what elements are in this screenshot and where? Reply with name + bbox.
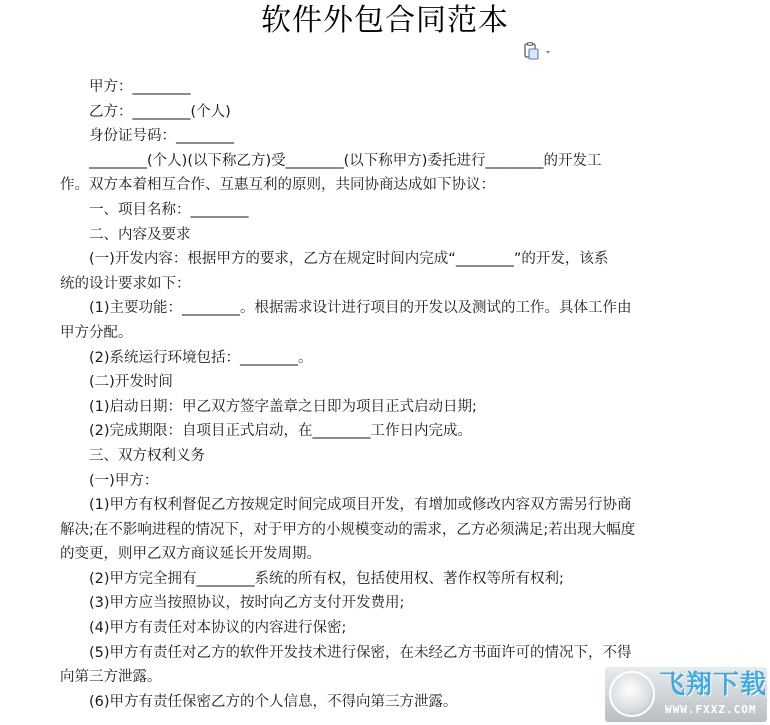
document-line: (4)甲方有责任对本协议的内容进行保密; [60, 616, 726, 641]
watermark-logo: 飞翔下载 WWW.FXXZ.COM [605, 667, 767, 722]
document-line: 一、项目名称：________ [60, 198, 726, 223]
document-line: 二、内容及要求 [60, 223, 726, 248]
document-line: (1)甲方有权利督促乙方按规定时间完成项目开发，有增加或修改内容双方需另行协商 [60, 493, 726, 518]
contract-body: 甲方：________乙方：________(个人)身份证号码：________… [60, 75, 726, 714]
document-line: (5)甲方有责任对乙方的软件开发技术进行保密，在未经乙方书面许可的情况下，不得 [60, 641, 726, 666]
document-line: 身份证号码：________ [60, 124, 726, 149]
logo-swirl-icon [609, 671, 655, 717]
document-line: (二)开发时间 [60, 370, 726, 395]
document-line: 解决;在不影响进程的情况下，对于甲方的小规模变动的需求，乙方必须满足;若出现大幅… [60, 518, 726, 543]
document-line: (1)启动日期：甲乙双方签字盖章之日即为项目正式启动日期; [60, 395, 726, 420]
document-line: (一)开发内容：根据甲方的要求，乙方在规定时间内完成“________”的开发，… [60, 247, 726, 272]
document-line: (2)甲方完全拥有________系统的所有权，包括使用权、著作权等所有权利; [60, 567, 726, 592]
document-line: 甲方分配。 [60, 321, 726, 346]
document-line: 甲方：________ [60, 75, 726, 100]
document-line: (2)系统运行环境包括：________。 [60, 346, 726, 371]
document-title: 软件外包合同范本 [0, 2, 770, 40]
document-line: (3)甲方应当按照协议，按时向乙方支付开发费用; [60, 591, 726, 616]
watermark-url: WWW.FXXZ.COM [665, 703, 756, 716]
paste-options-button[interactable] [523, 42, 553, 62]
document-line: 统的设计要求如下： [60, 272, 726, 297]
document-line: 的变更，则甲乙双方商议延长开发周期。 [60, 542, 726, 567]
document-line: (1)主要功能：________。根据需求设计进行项目的开发以及测试的工作。具体… [60, 296, 726, 321]
document-line: 作。双方本着相互合作、互惠互利的原则，共同协商达成如下协议： [60, 173, 726, 198]
document-line: 乙方：________(个人) [60, 100, 726, 125]
watermark-brand: 飞翔下载 [659, 669, 767, 701]
document-line: (2)完成期限：自项目正式启动，在________工作日内完成。 [60, 419, 726, 444]
document-line: 三、双方权利义务 [60, 444, 726, 469]
document-line: (一)甲方： [60, 469, 726, 494]
clipboard-paste-icon [523, 42, 553, 62]
document-line: ________(个人)(以下称乙方)受________(以下称甲方)委托进行_… [60, 149, 726, 174]
